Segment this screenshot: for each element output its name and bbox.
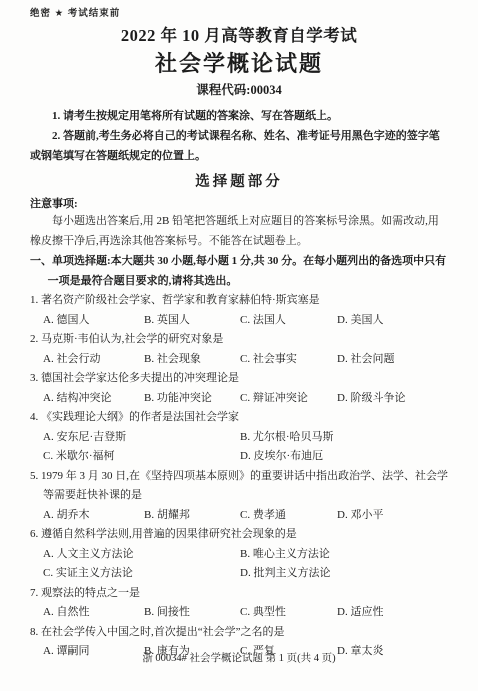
exam-session-title: 2022 年 10 月高等教育自学考试	[30, 22, 448, 46]
question-item: 3. 德国社会学家达伦多夫提出的冲突理论是A. 结构冲突论B. 功能冲突论C. …	[30, 369, 448, 408]
option-D: D. 邓小平	[337, 506, 383, 526]
question-list: 1. 著名资产阶级社会学家、哲学家和教育家赫伯特·斯宾塞是A. 德国人B. 英国…	[30, 291, 448, 662]
option-A: A. 社会行动	[43, 350, 144, 370]
question-item: 2. 马克斯·韦伯认为,社会学的研究对象是A. 社会行动B. 社会现象C. 社会…	[30, 330, 448, 369]
candidate-instructions: 1. 请考生按规定用笔将所有试题的答案涂、写在答题纸上。 2. 答题前,考生务必…	[30, 106, 448, 166]
notes-heading: 注意事项:	[30, 197, 448, 211]
page-footer: 浙 00034# 社会学概论试题 第 1 页(共 4 页)	[0, 650, 478, 665]
options-row: C. 实证主义方法论D. 批判主义方法论	[30, 564, 448, 584]
question-stem: 1. 著名资产阶级社会学家、哲学家和教育家赫伯特·斯宾塞是	[30, 291, 448, 311]
options-row: A. 结构冲突论B. 功能冲突论C. 辩证冲突论D. 阶级斗争论	[30, 389, 448, 409]
option-B: B. 英国人	[144, 311, 240, 331]
option-B: B. 间接性	[144, 603, 240, 623]
option-C: C. 典型性	[240, 603, 337, 623]
secrecy-banner: 绝密 ★ 考试结束前	[30, 5, 448, 19]
instruction-line-1: 1. 请考生按规定用笔将所有试题的答案涂、写在答题纸上。	[30, 106, 448, 126]
question-stem: 6. 遵循自然科学法则,用普遍的因果律研究社会现象的是	[30, 525, 448, 545]
option-B: B. 胡耀邦	[144, 506, 240, 526]
option-B: B. 唯心主义方法论	[240, 545, 330, 565]
question-item: 6. 遵循自然科学法则,用普遍的因果律研究社会现象的是A. 人文主义方法论B. …	[30, 525, 448, 584]
option-B: B. 社会现象	[144, 350, 240, 370]
part-one-heading: 一、单项选择题:本大题共 30 小题,每小题 1 分,共 30 分。在每小题列出…	[30, 251, 448, 291]
section-heading: 选择题部分	[30, 170, 448, 191]
question-stem: 7. 观察法的特点之一是	[30, 584, 448, 604]
question-item: 7. 观察法的特点之一是A. 自然性B. 间接性C. 典型性D. 适应性	[30, 584, 448, 623]
question-stem: 4. 《实践理论大纲》的作者是法国社会学家	[30, 408, 448, 428]
option-D: D. 适应性	[337, 603, 383, 623]
option-A: A. 自然性	[43, 603, 144, 623]
option-C: C. 费孝通	[240, 506, 337, 526]
option-B: B. 尤尔根·哈贝马斯	[240, 428, 334, 448]
option-D: D. 批判主义方法论	[240, 564, 330, 584]
option-D: D. 社会问题	[337, 350, 394, 370]
options-row: A. 安东尼·吉登斯B. 尤尔根·哈贝马斯	[30, 428, 448, 448]
question-item: 4. 《实践理论大纲》的作者是法国社会学家A. 安东尼·吉登斯B. 尤尔根·哈贝…	[30, 408, 448, 467]
question-stem: 3. 德国社会学家达伦多夫提出的冲突理论是	[30, 369, 448, 389]
option-A: A. 结构冲突论	[43, 389, 144, 409]
option-D: D. 皮埃尔·布迪厄	[240, 447, 323, 467]
paper-title: 社会学概论试题	[30, 47, 448, 78]
option-C: C. 法国人	[240, 311, 337, 331]
option-C: C. 社会事实	[240, 350, 337, 370]
notes-text: 每小题选出答案后,用 2B 铅笔把答题纸上对应题目的答案标号涂黑。如需改动,用橡…	[30, 211, 448, 251]
option-C: C. 辩证冲突论	[240, 389, 337, 409]
question-item: 1. 著名资产阶级社会学家、哲学家和教育家赫伯特·斯宾塞是A. 德国人B. 英国…	[30, 291, 448, 330]
option-A: A. 胡乔木	[43, 506, 144, 526]
options-row: A. 人文主义方法论B. 唯心主义方法论	[30, 545, 448, 565]
option-C: C. 实证主义方法论	[43, 564, 240, 584]
question-stem: 2. 马克斯·韦伯认为,社会学的研究对象是	[30, 330, 448, 350]
options-row: A. 社会行动B. 社会现象C. 社会事实D. 社会问题	[30, 350, 448, 370]
options-row: A. 胡乔木B. 胡耀邦C. 费孝通D. 邓小平	[30, 506, 448, 526]
options-row: A. 自然性B. 间接性C. 典型性D. 适应性	[30, 603, 448, 623]
instruction-line-2: 2. 答题前,考生务必将自己的考试课程名称、姓名、准考证号用黑色字迹的签字笔或钢…	[30, 126, 448, 166]
option-D: D. 阶级斗争论	[337, 389, 405, 409]
course-code: 课程代码:00034	[30, 80, 448, 98]
option-D: D. 美国人	[337, 311, 383, 331]
options-row: C. 米歇尔·福柯D. 皮埃尔·布迪厄	[30, 447, 448, 467]
option-A: A. 安东尼·吉登斯	[43, 428, 240, 448]
options-row: A. 德国人B. 英国人C. 法国人D. 美国人	[30, 311, 448, 331]
option-A: A. 人文主义方法论	[43, 545, 240, 565]
question-item: 5. 1979 年 3 月 30 日,在《坚持四项基本原则》的重要讲话中指出政治…	[30, 467, 448, 526]
question-stem: 5. 1979 年 3 月 30 日,在《坚持四项基本原则》的重要讲话中指出政治…	[30, 467, 448, 506]
option-B: B. 功能冲突论	[144, 389, 240, 409]
question-stem: 8. 在社会学传入中国之时,首次提出“社会学”之名的是	[30, 623, 448, 643]
option-A: A. 德国人	[43, 311, 144, 331]
exam-paper-page: 绝密 ★ 考试结束前 2022 年 10 月高等教育自学考试 社会学概论试题 课…	[0, 0, 478, 691]
option-C: C. 米歇尔·福柯	[43, 447, 240, 467]
